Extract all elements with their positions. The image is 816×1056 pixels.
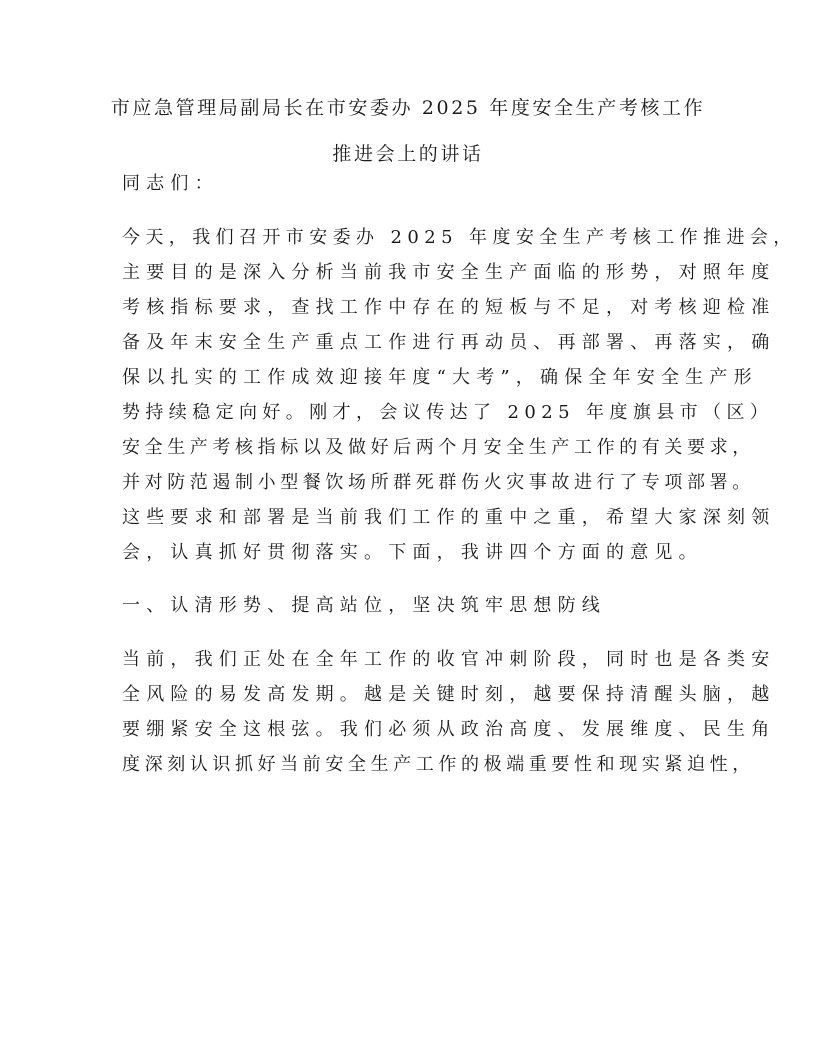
paragraph-2-line: 当前，我们正处在全年工作的收官冲刺阶段，同时也是各类安: [122, 648, 702, 672]
document-page: 市应急管理局副局长在市安委办 2025 年度安全生产考核工作 推进会上的讲话 同…: [0, 0, 816, 1056]
paragraph-1-line: 备及年末安全生产重点工作进行再动员、再部署、再落实，确: [122, 331, 702, 355]
paragraph-2-line: 全风险的易发高发期。越是关键时刻，越要保持清醒头脑，越: [122, 683, 702, 707]
paragraph-2-line: 要绷紧安全这根弦。我们必须从政治高度、发展维度、民生角: [122, 718, 702, 742]
paragraph-1-line: 会，认真抓好贯彻落实。下面，我讲四个方面的意见。: [122, 541, 702, 565]
paragraph-1-line: 今天，我们召开市安委办 2025 年度安全生产考核工作推进会，: [122, 226, 702, 250]
paragraph-1-line: 主要目的是深入分析当前我市安全生产面临的形势，对照年度: [122, 261, 702, 285]
paragraph-1-line: 势持续稳定向好。刚才，会议传达了 2025 年度旗县市（区）: [122, 401, 702, 425]
paragraph-2-line: 度深刻认识抓好当前安全生产工作的极端重要性和现实紧迫性，: [122, 753, 702, 777]
salutation: 同志们：: [122, 172, 702, 196]
paragraph-1-line: 这些要求和部署是当前我们工作的重中之重，希望大家深刻领: [122, 506, 702, 530]
document-title-line-1: 市应急管理局副局长在市安委办 2025 年度安全生产考核工作: [100, 96, 716, 120]
document-title-line-2: 推进会上的讲话: [100, 142, 716, 166]
paragraph-1-line: 保以扎实的工作成效迎接年度“大考”，确保全年安全生产形: [122, 366, 702, 390]
section-1-heading: 一、认清形势、提高站位，坚决筑牢思想防线: [122, 594, 702, 618]
paragraph-1-line: 安全生产考核指标以及做好后两个月安全生产工作的有关要求，: [122, 436, 702, 460]
paragraph-1-line: 考核指标要求，查找工作中存在的短板与不足，对考核迎检准: [122, 296, 702, 320]
paragraph-1-line: 并对防范遏制小型餐饮场所群死群伤火灾事故进行了专项部署。: [122, 471, 702, 495]
